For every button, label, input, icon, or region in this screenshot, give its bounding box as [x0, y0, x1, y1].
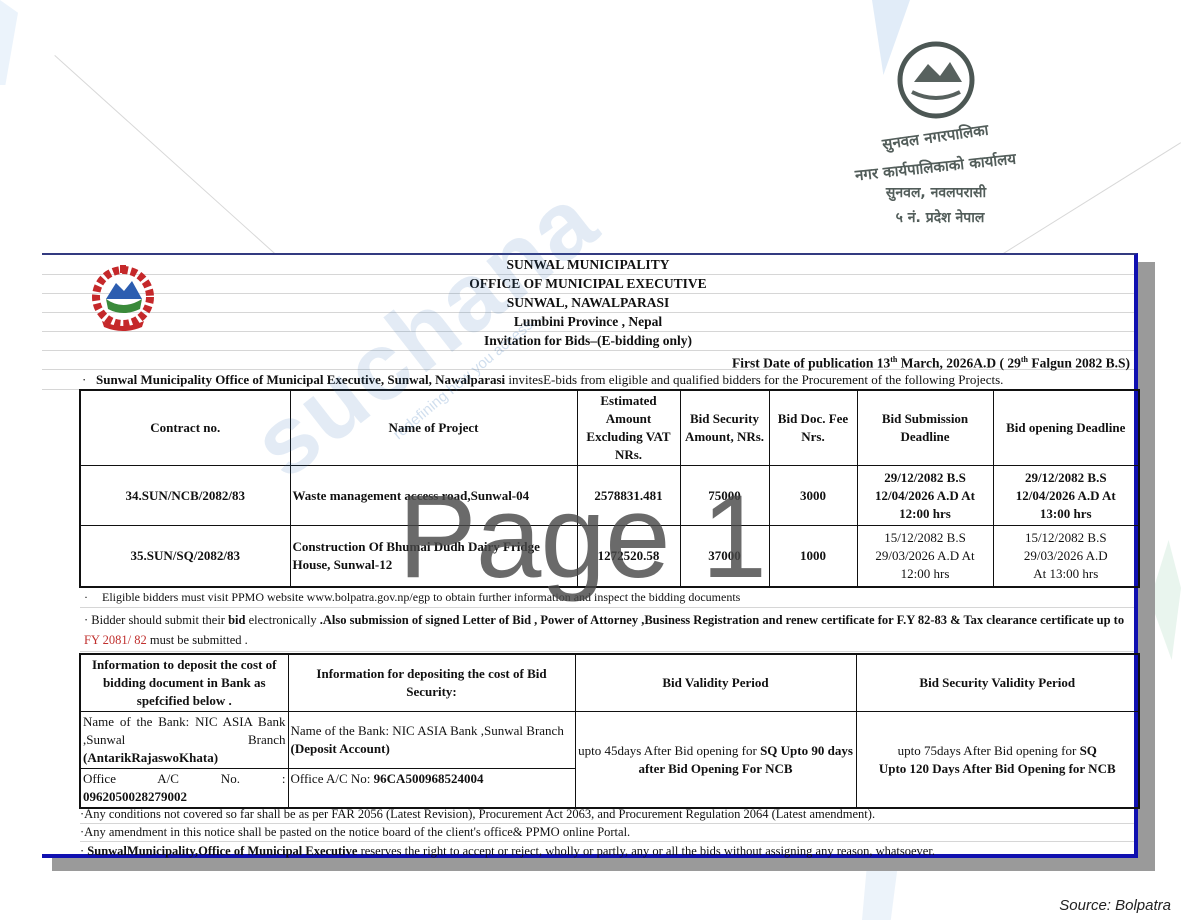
project-name-cell: Waste management access road,Sunwal-04 — [290, 466, 577, 526]
nepal-emblem-logo — [88, 263, 158, 335]
bid-security-cell: 37000 — [680, 526, 769, 587]
notice-ppmo-website: ·Eligible bidders must visit PPMO websit… — [80, 588, 1134, 608]
project-name-cell: Construction Of Bhumai Dudh Dairy Fridge… — [290, 526, 577, 587]
submission-deadline-cell: 29/12/2082 B.S12/04/2026 A.D At12:00 hrs — [857, 466, 993, 526]
doc-bank-name-cell: Name of the Bank: NIC ASIA Bank ,Sunwal … — [80, 712, 288, 769]
col-header-security-validity: Bid Security Validity Period — [856, 654, 1139, 712]
table-header-row: Contract no. Name of Project Estimated A… — [80, 390, 1139, 466]
bid-security-cell: 75000 — [680, 466, 769, 526]
header-invitation: Invitation for Bids–(E-bidding only) — [42, 331, 1134, 351]
col-header-doc-deposit: Information to deposit the cost of biddi… — [80, 654, 288, 712]
col-header-security-deposit: Information for depositing the cost of B… — [288, 654, 575, 712]
col-header-bid-validity: Bid Validity Period — [575, 654, 856, 712]
table-row: 35.SUN/SQ/2082/83 Construction Of Bhumai… — [80, 526, 1139, 587]
table-row: 34.SUN/NCB/2082/83 Waste management acce… — [80, 466, 1139, 526]
footer-note-conditions: ·Any conditions not covered so far shall… — [80, 805, 1134, 824]
col-header-estimated-amount: Estimated Amount Excluding VAT NRs. — [577, 390, 680, 466]
bid-validity-cell: upto 45days After Bid opening for SQ Upt… — [575, 712, 856, 809]
intro-statement: · Sunwal Municipality Office of Municipa… — [42, 370, 1134, 390]
estimated-amount-cell: 1272520.58 — [577, 526, 680, 587]
col-header-project-name: Name of Project — [290, 390, 577, 466]
table-row: Name of the Bank: NIC ASIA Bank ,Sunwal … — [80, 712, 1139, 769]
doc-account-cell: Office A/C No. :096205002827900​2 — [80, 769, 288, 809]
col-header-doc-fee: Bid Doc. Fee Nrs. — [769, 390, 857, 466]
watermark-shape-left — [0, 0, 18, 85]
opening-deadline-cell: 29/12/2082 B.S12/04/2026 A.D At13:00 hrs — [993, 466, 1139, 526]
contract-no-cell: 34.SUN/NCB/2082/83 — [80, 466, 290, 526]
svg-text:५ नं. प्रदेश नेपाल: ५ नं. प्रदेश नेपाल — [896, 209, 985, 226]
security-validity-cell: upto 75days After Bid opening for SQUpto… — [856, 712, 1139, 809]
municipal-seal-stamp: सुनवल नगरपालिका नगर कार्यपालिकाको कार्या… — [836, 32, 1036, 237]
publication-date: First Date of publication 13th March, 20… — [42, 350, 1134, 370]
notice-submission-requirements: · Bidder should submit their bid electro… — [80, 608, 1134, 652]
header-location: SUNWAL, NAWALPARASI — [42, 293, 1134, 313]
opening-deadline-cell: 15/12/2082 B.S29/03/2026 A.DAt 13:00 hrs — [993, 526, 1139, 587]
footer-note-rights-reserved: · SunwalMunicipality,Office of Municipal… — [80, 842, 1134, 859]
svg-text:सुनवल, नवलपरासी: सुनवल, नवलपरासी — [885, 184, 988, 202]
projects-table: Contract no. Name of Project Estimated A… — [79, 389, 1140, 588]
estimated-amount-cell: 2578831.481 — [577, 466, 680, 526]
security-account-cell: Office A/C No: 96CA500968524004 — [288, 769, 575, 809]
security-bank-name-cell: Name of the Bank: NIC ASIA Bank ,Sunwal … — [288, 712, 575, 769]
doc-fee-cell: 1000 — [769, 526, 857, 587]
doc-fee-cell: 3000 — [769, 466, 857, 526]
col-header-bid-security: Bid Security Amount, NRs. — [680, 390, 769, 466]
svg-text:नगर कार्यपालिकाको कार्यालय: नगर कार्यपालिकाको कार्यालय — [853, 149, 1018, 184]
header-province: Lumbini Province , Nepal — [42, 312, 1134, 332]
contract-no-cell: 35.SUN/SQ/2082/83 — [80, 526, 290, 587]
table-header-row: Information to deposit the cost of biddi… — [80, 654, 1139, 712]
header-office: OFFICE OF MUNICIPAL EXECUTIVE — [42, 274, 1134, 294]
svg-text:सुनवल नगरपालिका: सुनवल नगरपालिका — [880, 121, 991, 155]
header-municipality: SUNWAL MUNICIPALITY — [42, 255, 1134, 275]
submission-deadline-cell: 15/12/2082 B.S29/03/2026 A.D At12:00 hrs — [857, 526, 993, 587]
footer-note-amendment: ·Any amendment in this notice shall be p… — [80, 823, 1134, 842]
source-credit: Source: Bolpatra — [1059, 897, 1171, 914]
col-header-contract-no: Contract no. — [80, 390, 290, 466]
bid-notice-document: SUNWAL MUNICIPALITY OFFICE OF MUNICIPAL … — [42, 253, 1138, 858]
bank-info-table: Information to deposit the cost of biddi… — [79, 653, 1140, 809]
col-header-submission-deadline: Bid Submission Deadline — [857, 390, 993, 466]
col-header-opening-deadline: Bid opening Deadline — [993, 390, 1139, 466]
